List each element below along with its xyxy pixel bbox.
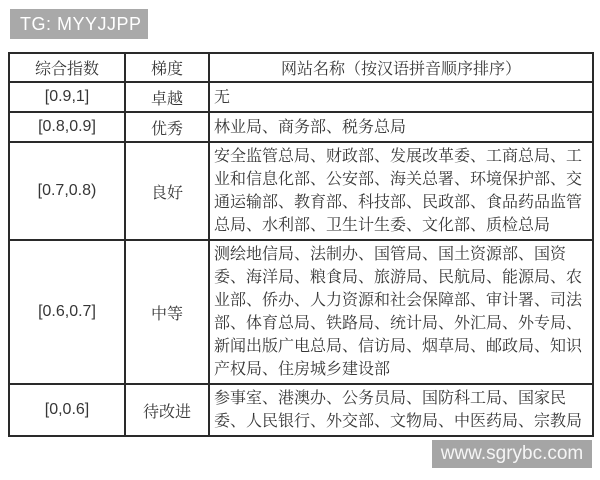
index-cell: [0,0.6] bbox=[9, 384, 125, 436]
sites-cell: 无 bbox=[209, 82, 593, 112]
col-header-index: 综合指数 bbox=[9, 53, 125, 82]
tg-badge: TG: MYYJJPP bbox=[10, 9, 148, 39]
grade-cell: 良好 bbox=[125, 142, 209, 240]
page: TG: MYYJJPP 综合指数 梯度 网站名称（按汉语拼音顺序排序） [0.9… bbox=[0, 0, 600, 480]
index-grade-table: 综合指数 梯度 网站名称（按汉语拼音顺序排序） [0.9,1] 卓越 无 [0.… bbox=[8, 52, 594, 437]
table-row: [0.9,1] 卓越 无 bbox=[9, 82, 593, 112]
grade-cell: 待改进 bbox=[125, 384, 209, 436]
sites-cell: 测绘地信局、法制办、国管局、国土资源部、国资委、海洋局、粮食局、旅游局、民航局、… bbox=[209, 240, 593, 384]
index-cell: [0.7,0.8) bbox=[9, 142, 125, 240]
table-row: [0.7,0.8) 良好 安全监管总局、财政部、发展改革委、工商总局、工业和信息… bbox=[9, 142, 593, 240]
table-row: [0.6,0.7] 中等 测绘地信局、法制办、国管局、国土资源部、国资委、海洋局… bbox=[9, 240, 593, 384]
sites-cell: 参事室、港澳办、公务员局、国防科工局、国家民委、人民银行、外交部、文物局、中医药… bbox=[209, 384, 593, 436]
table-row: [0,0.6] 待改进 参事室、港澳办、公务员局、国防科工局、国家民委、人民银行… bbox=[9, 384, 593, 436]
col-header-sites: 网站名称（按汉语拼音顺序排序） bbox=[209, 53, 593, 82]
watermark: www.sgrybc.com bbox=[432, 440, 592, 468]
grade-cell: 卓越 bbox=[125, 82, 209, 112]
header-row: 综合指数 梯度 网站名称（按汉语拼音顺序排序） bbox=[9, 53, 593, 82]
sites-cell: 林业局、商务部、税务总局 bbox=[209, 112, 593, 142]
index-cell: [0.9,1] bbox=[9, 82, 125, 112]
index-cell: [0.8,0.9] bbox=[9, 112, 125, 142]
grade-cell: 优秀 bbox=[125, 112, 209, 142]
grade-cell: 中等 bbox=[125, 240, 209, 384]
col-header-grade: 梯度 bbox=[125, 53, 209, 82]
index-cell: [0.6,0.7] bbox=[9, 240, 125, 384]
sites-cell: 安全监管总局、财政部、发展改革委、工商总局、工业和信息化部、公安部、海关总署、环… bbox=[209, 142, 593, 240]
table-row: [0.8,0.9] 优秀 林业局、商务部、税务总局 bbox=[9, 112, 593, 142]
